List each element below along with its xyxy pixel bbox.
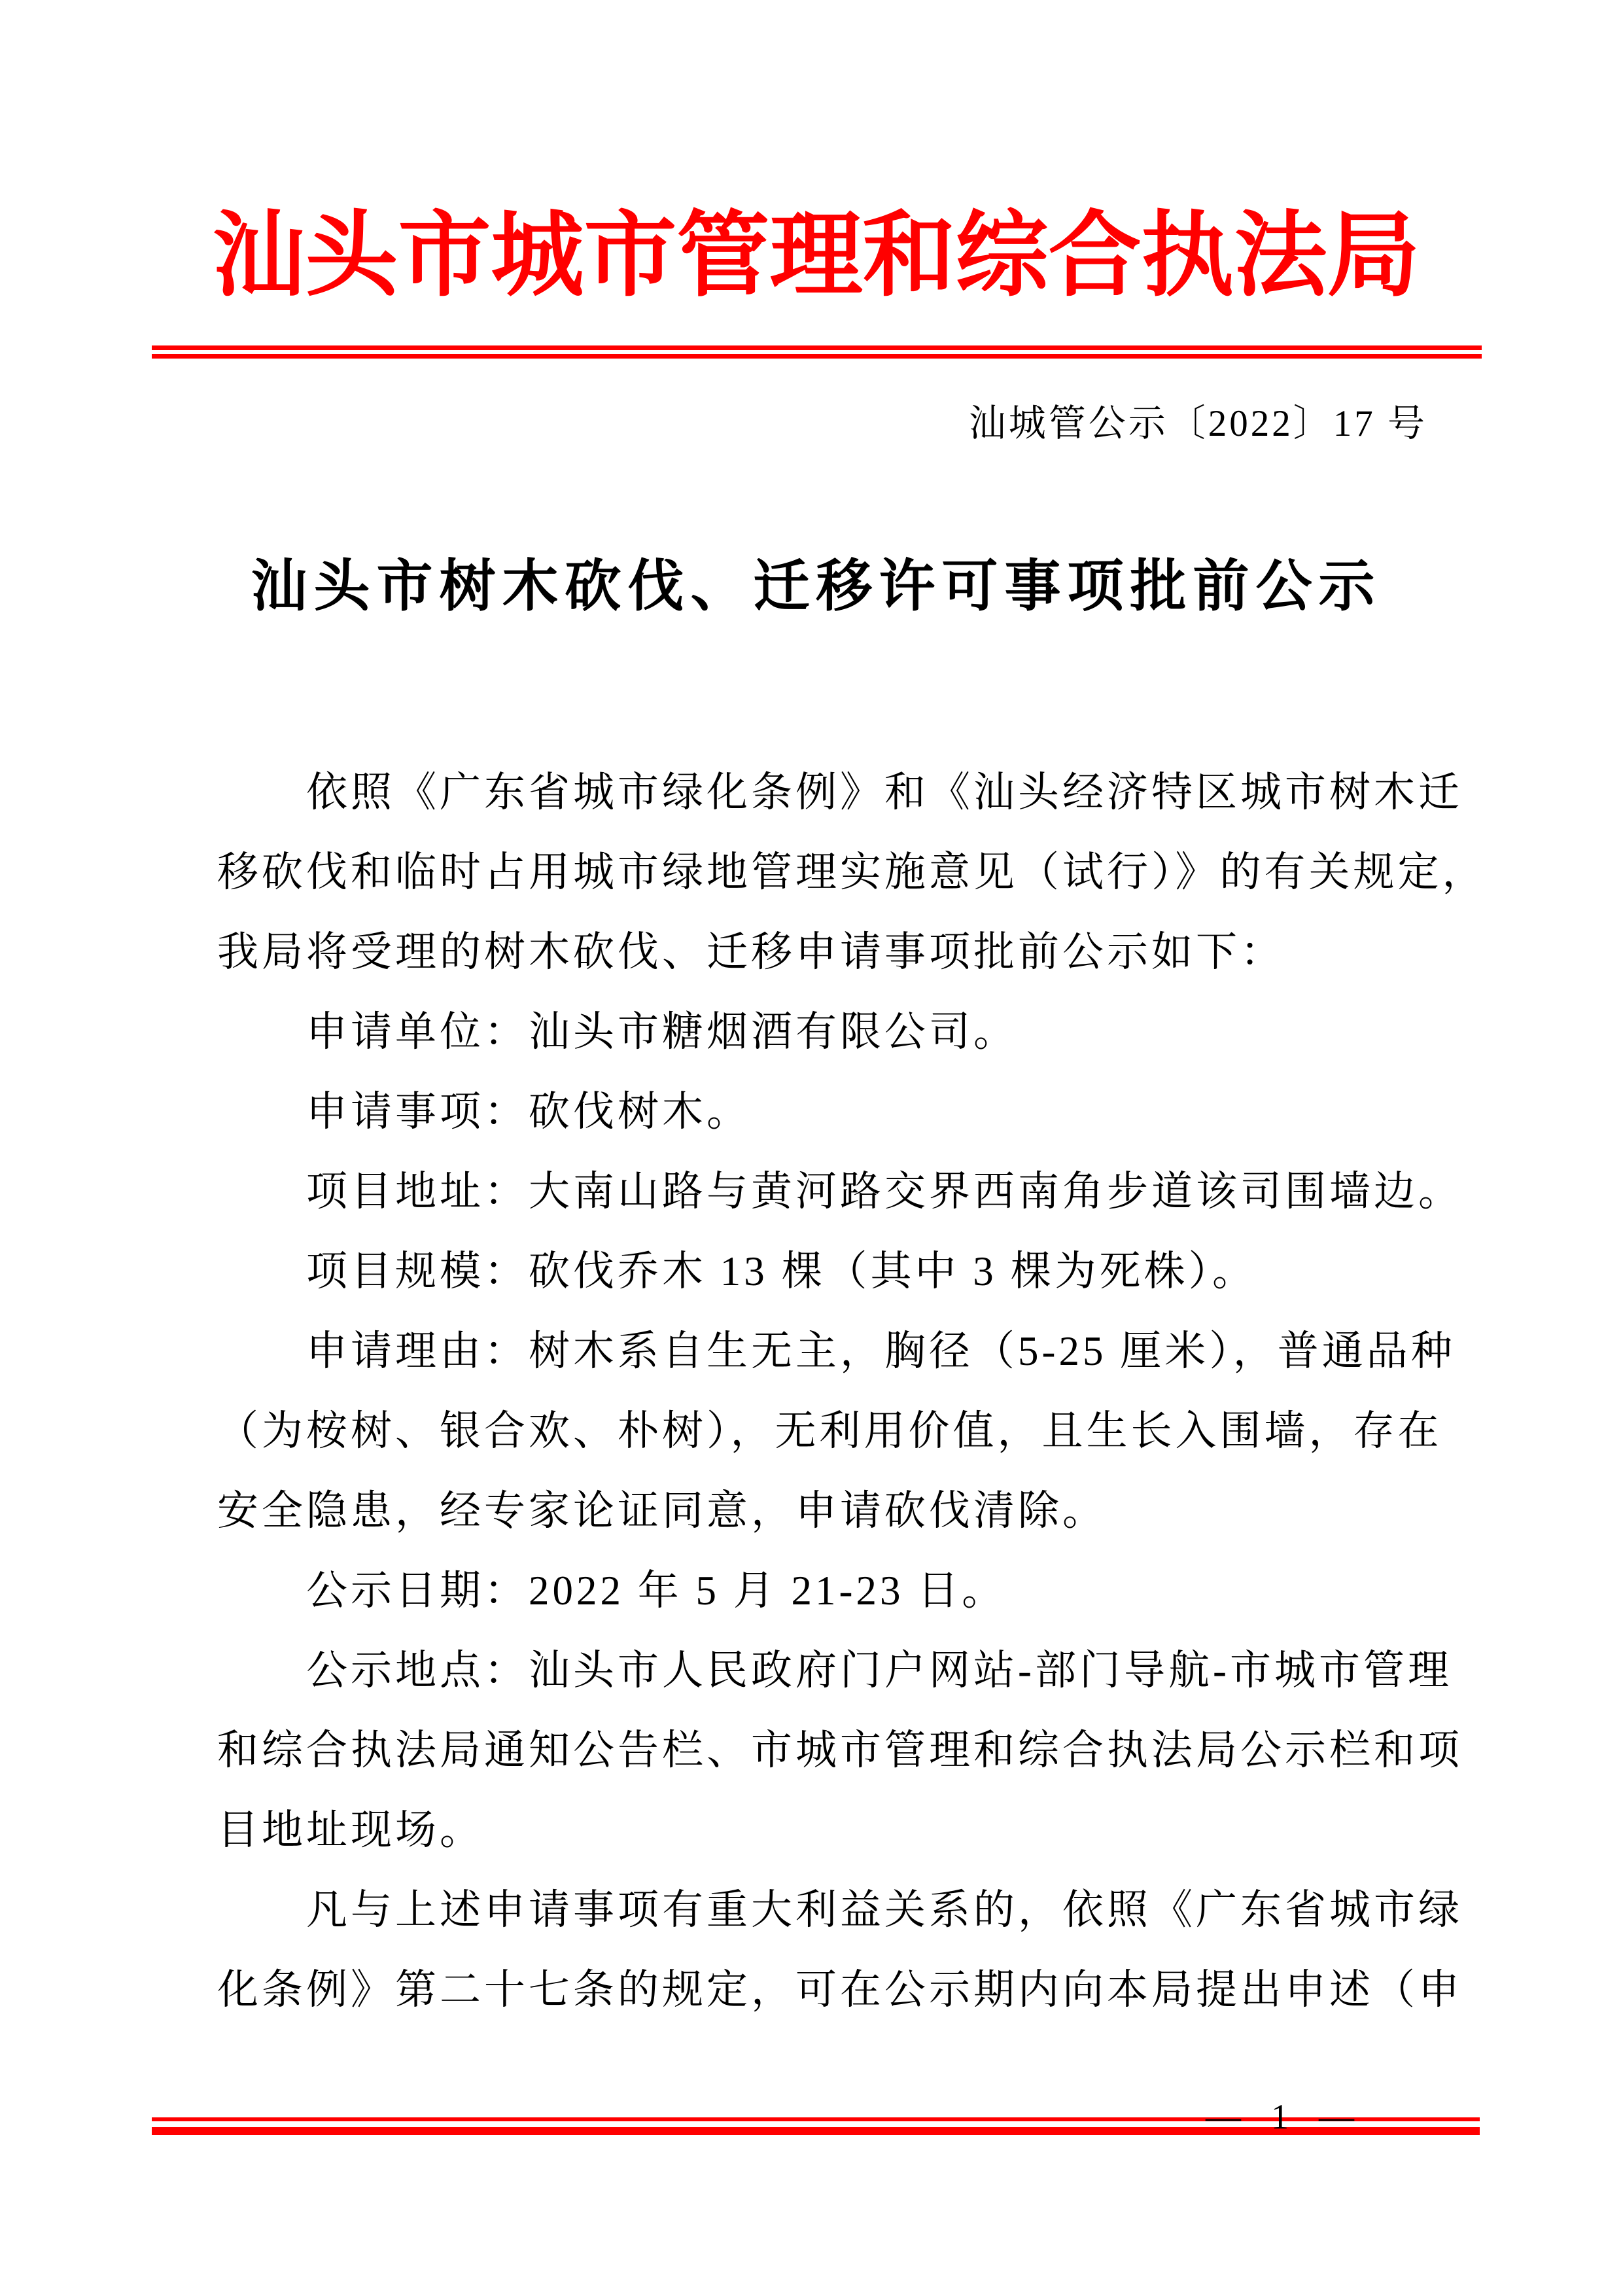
body-line: 我局将受理的树木砍伐、迁移申请事项批前公示如下：	[217, 912, 1426, 992]
agency-title: 汕头市城市管理和综合执法局	[150, 194, 1482, 318]
page-number-dash-right: —	[1319, 2095, 1354, 2138]
header-double-line-top	[152, 345, 1482, 350]
body-line: 安全隐患，经专家论证同意，申请砍伐清除。	[217, 1471, 1426, 1551]
body-line: 凡与上述申请事项有重大利益关系的，依照《广东省城市绿	[217, 1870, 1426, 1950]
body-line: 申请理由：树木系自生无主，胸径（5-25 厘米），普通品种	[217, 1311, 1426, 1391]
body-text: 依照《广东省城市绿化条例》和《汕头经济特区城市树木迁移砍伐和临时占用城市绿地管理…	[217, 752, 1426, 2030]
body-line: 申请事项：砍伐树木。	[217, 1072, 1426, 1152]
body-line: 项目地址：大南山路与黄河路交界西南角步道该司围墙边。	[217, 1152, 1426, 1231]
header-double-line-bottom	[152, 354, 1482, 359]
body-line: 和综合执法局通知公告栏、市城市管理和综合执法局公示栏和项	[217, 1710, 1426, 1790]
document-title: 汕头市树木砍伐、迁移许可事项批前公示	[150, 547, 1482, 626]
body-line: 申请单位：汕头市糖烟酒有限公司。	[217, 992, 1426, 1072]
body-line: 项目规模：砍伐乔木 13 棵（其中 3 棵为死株）。	[217, 1231, 1426, 1311]
page-number-dash-left: —	[1206, 2095, 1241, 2138]
body-line: 公示地点：汕头市人民政府门户网站-部门导航-市城市管理	[217, 1631, 1426, 1710]
doc-number: 汕城管公示〔2022〕17 号	[216, 391, 1427, 457]
body-line: 公示日期：2022 年 5 月 21-23 日。	[217, 1551, 1426, 1631]
body-line: 依照《广东省城市绿化条例》和《汕头经济特区城市树木迁	[217, 752, 1426, 832]
document-page: 汕头市城市管理和综合执法局 汕城管公示〔2022〕17 号 汕头市树木砍伐、迁移…	[0, 0, 1623, 2296]
body-line: （为桉树、银合欢、朴树），无利用价值，且生长入围墙，存在	[217, 1391, 1426, 1471]
body-line: 化条例》第二十七条的规定，可在公示期内向本局提出申述（申	[217, 1950, 1426, 2030]
body-line: 移砍伐和临时占用城市绿地管理实施意见（试行）》的有关规定，	[217, 832, 1426, 912]
body-line: 目地址现场。	[217, 1790, 1426, 1870]
page-number-value: 1	[1271, 2095, 1289, 2138]
page-number: — 1 —	[1206, 2095, 1354, 2138]
